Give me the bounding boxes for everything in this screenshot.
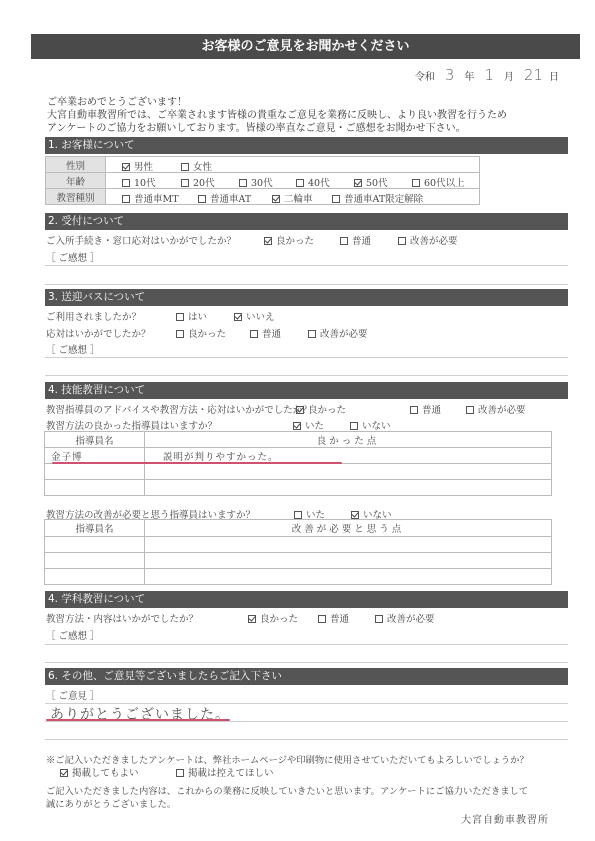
option-label: 50代 [366,178,388,189]
other-comment-label: ［ ご意見 ］ [46,688,100,702]
option-label: 改善が必要 [410,236,458,247]
checkbox-icon[interactable] [412,179,420,187]
classroom-option-needs-improvement[interactable]: 改善が必要 [375,611,435,625]
option-label: 60代以上 [424,178,465,189]
reception-option-needs-improvement[interactable]: 改善が必要 [398,233,458,247]
improve-point-cell[interactable] [145,569,552,585]
checkbox-icon[interactable] [318,615,326,623]
option-label: 掲載してもよい [72,768,139,779]
reception-comment-line[interactable] [45,265,568,266]
improve-point-cell[interactable] [145,537,552,553]
option-label: 良かった [308,405,346,416]
checkbox-icon[interactable] [294,511,302,519]
school-signature: 大宮自動車教習所 [461,811,549,826]
age-options: 10代 20代 30代 40代 50代 60代以上 [106,173,480,189]
course-option-at[interactable]: 普通車AT [198,191,251,205]
course-type-options: 普通車MT 普通車AT 二輪車 普通車AT限定解除 [106,189,480,205]
good-instructor-question: 教習方法の良かった指導員はいますか？ [46,418,217,432]
option-label: 女性 [193,162,212,173]
option-label: 改善が必要 [387,614,435,625]
practical-option-needs-improvement[interactable]: 改善が必要 [466,402,526,416]
reception-comment-label: ［ ご感想 ］ [46,250,100,264]
classroom-option-good[interactable]: 良かった [248,611,298,625]
table-header-row: 指導員名 改善が必要と思う点 [45,520,552,537]
bus-service-good[interactable]: 良かった [176,326,226,340]
handwriting-underline [52,462,342,464]
practical-option-good[interactable]: 良かった [296,402,346,416]
classroom-question: 教習方法・内容はいかがでしたか？ [46,611,198,625]
consent-option-decline[interactable]: 掲載は控えてほしい [176,765,274,779]
classroom-comment-label: ［ ご感想 ］ [46,628,100,642]
gender-option-male[interactable]: 男性 [122,159,153,173]
column-header-instructor: 指導員名 [45,432,145,448]
publication-consent-question: ※ご記入いただきましたアンケートは、弊社ホームページや印刷物に使用させていただい… [46,752,529,766]
instructor-name-cell[interactable] [45,480,145,496]
option-label: 普通車AT [210,194,251,205]
option-label: 改善が必要 [320,329,368,340]
checkbox-checked-icon[interactable] [296,406,304,414]
instructor-name-cell[interactable] [45,537,145,553]
classroom-comment-line[interactable] [45,662,568,663]
other-comment-line[interactable] [45,739,568,740]
closing-line: 誠にありがとうございました。 [46,798,528,811]
intro-text: ご卒業おめでとうございます！ 大宮自動車教習所では、ご卒業されます皆様の貴重なご… [47,96,507,135]
improve-point-cell[interactable] [145,553,552,569]
option-label: 普通 [330,614,349,625]
section-header-customer: 1. お客様について [45,137,568,154]
option-label: 掲載は控えてほしい [188,768,274,779]
table-row [45,480,552,496]
checkbox-checked-icon[interactable] [248,615,256,623]
reception-option-normal[interactable]: 普通 [340,233,371,247]
instructor-name-cell[interactable] [45,569,145,585]
column-header-instructor: 指導員名 [45,520,145,537]
instructor-name-cell[interactable] [45,464,145,480]
checkbox-icon[interactable] [176,769,184,777]
bus-used-yes[interactable]: はい [176,309,207,323]
course-type-label: 教習種別 [46,189,106,205]
section-header-classroom-lessons: 4. 学科教習について [45,591,568,608]
checkbox-icon[interactable] [181,179,189,187]
column-header-good-point: 良かった点 [145,432,552,448]
good-instructor-no[interactable]: いない [350,418,391,432]
checkbox-icon[interactable] [296,179,304,187]
course-option-mt[interactable]: 普通車MT [122,191,179,205]
option-label: はい [188,312,207,323]
checkbox-icon[interactable] [181,163,189,171]
age-option-60s-plus[interactable]: 60代以上 [412,175,465,189]
section-header-reception: 2. 受付について [45,213,568,230]
table-row [45,553,552,569]
age-option-20s[interactable]: 20代 [181,175,215,189]
age-label: 年齢 [46,173,106,189]
option-label: 40代 [308,178,330,189]
improve-instructor-table: 指導員名 改善が必要と思う点 [44,519,552,585]
year-unit: 年 [464,68,474,83]
date-field: 令和 3 年 1 月 21 日 [415,66,559,84]
option-label: 普通車AT限定解除 [344,194,423,205]
option-label: 男性 [134,162,153,173]
closing-line: ご記入いただきました内容は、これからの業務に反映していきたいと思います。アンケー… [46,785,528,798]
checkbox-checked-icon[interactable] [264,237,272,245]
consent-option-allow[interactable]: 掲載してもよい [60,765,139,779]
age-option-50s[interactable]: 50代 [354,175,388,189]
day-input[interactable]: 21 [524,66,543,84]
intro-line: アンケートのご協力をお願いしております。皆様の率直なご意見・ご感想をお聞かせ下さ… [47,122,507,135]
checkbox-checked-icon[interactable] [351,511,359,519]
gender-options: 男性 女性 [106,157,480,173]
table-row [45,569,552,585]
checkbox-icon[interactable] [332,195,340,203]
option-label: 10代 [134,178,156,189]
option-label: 普通 [352,236,371,247]
checkbox-checked-icon[interactable] [354,179,362,187]
checkbox-icon[interactable] [350,422,358,430]
classroom-option-normal[interactable]: 普通 [318,611,349,625]
section-header-practical-lessons: 4. 技能教習について [45,382,568,399]
option-label: 良かった [188,329,226,340]
checkbox-icon[interactable] [375,615,383,623]
bus-comment-line[interactable] [45,357,568,358]
option-label: いいえ [246,312,275,323]
course-option-at-limit-removal[interactable]: 普通車AT限定解除 [332,191,423,205]
reception-question: ご入所手続き・窓口応対はいかがでしたか？ [46,233,236,247]
age-option-30s[interactable]: 30代 [239,175,273,189]
checkbox-checked-icon[interactable] [234,313,242,321]
reception-option-good[interactable]: 良かった [264,233,314,247]
good-instructor-yes[interactable]: いた [293,418,324,432]
option-label: 20代 [193,178,215,189]
course-type-row: 教習種別 普通車MT 普通車AT 二輪車 普通車AT限定解除 [46,189,480,205]
checkbox-icon[interactable] [122,195,130,203]
checkbox-checked-icon[interactable] [60,769,68,777]
checkbox-icon[interactable] [410,406,418,414]
checkbox-checked-icon[interactable] [122,163,130,171]
month-input[interactable]: 1 [484,66,494,84]
bus-used-no[interactable]: いいえ [234,309,275,323]
checkbox-icon[interactable] [122,179,130,187]
checkbox-icon[interactable] [239,179,247,187]
bus-used-question: ご利用されましたか？ [46,309,141,323]
customer-info-table: 性別 男性 女性 年齢 10代 20代 30代 40代 50代 60代以上 教習… [45,156,480,205]
year-input[interactable]: 3 [445,66,455,84]
instructor-name-cell[interactable] [45,553,145,569]
classroom-comment-line[interactable] [45,644,568,645]
good-point-cell[interactable] [145,480,552,496]
section-header-shuttle-bus: 3. 送迎バスについて [45,289,568,306]
option-label: 普通 [262,329,281,340]
bus-comment-line[interactable] [45,375,568,376]
checkbox-icon[interactable] [198,195,206,203]
era-label: 令和 [415,68,435,83]
table-row [45,464,552,480]
section-header-other-comments: 6. その他、ご意見等ございましたらご記入下さい [45,668,568,685]
option-label: 二輪車 [284,194,313,205]
checkbox-icon[interactable] [250,330,258,338]
age-row: 年齢 10代 20代 30代 40代 50代 60代以上 [46,173,480,189]
month-unit: 月 [504,68,514,83]
option-label: 普通 [422,405,441,416]
checkbox-icon[interactable] [398,237,406,245]
option-label: 良かった [276,236,314,247]
day-unit: 日 [549,68,559,83]
bus-service-normal[interactable]: 普通 [250,326,281,340]
option-label: 改善が必要 [478,405,526,416]
age-option-10s[interactable]: 10代 [122,175,156,189]
course-option-motorcycle[interactable]: 二輪車 [272,191,313,205]
checkbox-icon[interactable] [340,237,348,245]
gender-option-female[interactable]: 女性 [181,159,212,173]
gender-label: 性別 [46,157,106,173]
option-label: 良かった [260,614,298,625]
option-label: 30代 [251,178,273,189]
bus-service-needs-improvement[interactable]: 改善が必要 [308,326,368,340]
checkbox-icon[interactable] [466,406,474,414]
checkbox-icon[interactable] [308,330,316,338]
bus-service-question: 応対はいかがでしたか？ [46,326,151,340]
form-title: お客様のご意見をお聞かせください [31,34,580,59]
good-point-cell[interactable] [145,464,552,480]
checkbox-checked-icon[interactable] [272,195,280,203]
checkbox-icon[interactable] [176,330,184,338]
checkbox-icon[interactable] [176,313,184,321]
closing-message: ご記入いただきました内容は、これからの業務に反映していきたいと思います。アンケー… [46,785,528,811]
checkbox-checked-icon[interactable] [293,422,301,430]
practical-instructor-question: 教習指導員のアドバイスや教習方法・応対はいかがでしたか？ [46,402,312,416]
table-header-row: 指導員名 良かった点 [45,432,552,448]
bus-comment-label: ［ ご感想 ］ [46,342,100,356]
column-header-improve-point: 改善が必要と思う点 [145,520,552,537]
intro-line: 大宮自動車教習所では、ご卒業されます皆様の貴重なご意見を業務に反映し、より良い教… [47,109,507,122]
reception-comment-line[interactable] [45,284,568,285]
option-label: 普通車MT [134,194,179,205]
gender-row: 性別 男性 女性 [46,157,480,173]
other-comment-line[interactable] [45,721,568,722]
practical-option-normal[interactable]: 普通 [410,402,441,416]
age-option-40s[interactable]: 40代 [296,175,330,189]
intro-line: ご卒業おめでとうございます！ [47,96,507,109]
table-row [45,537,552,553]
